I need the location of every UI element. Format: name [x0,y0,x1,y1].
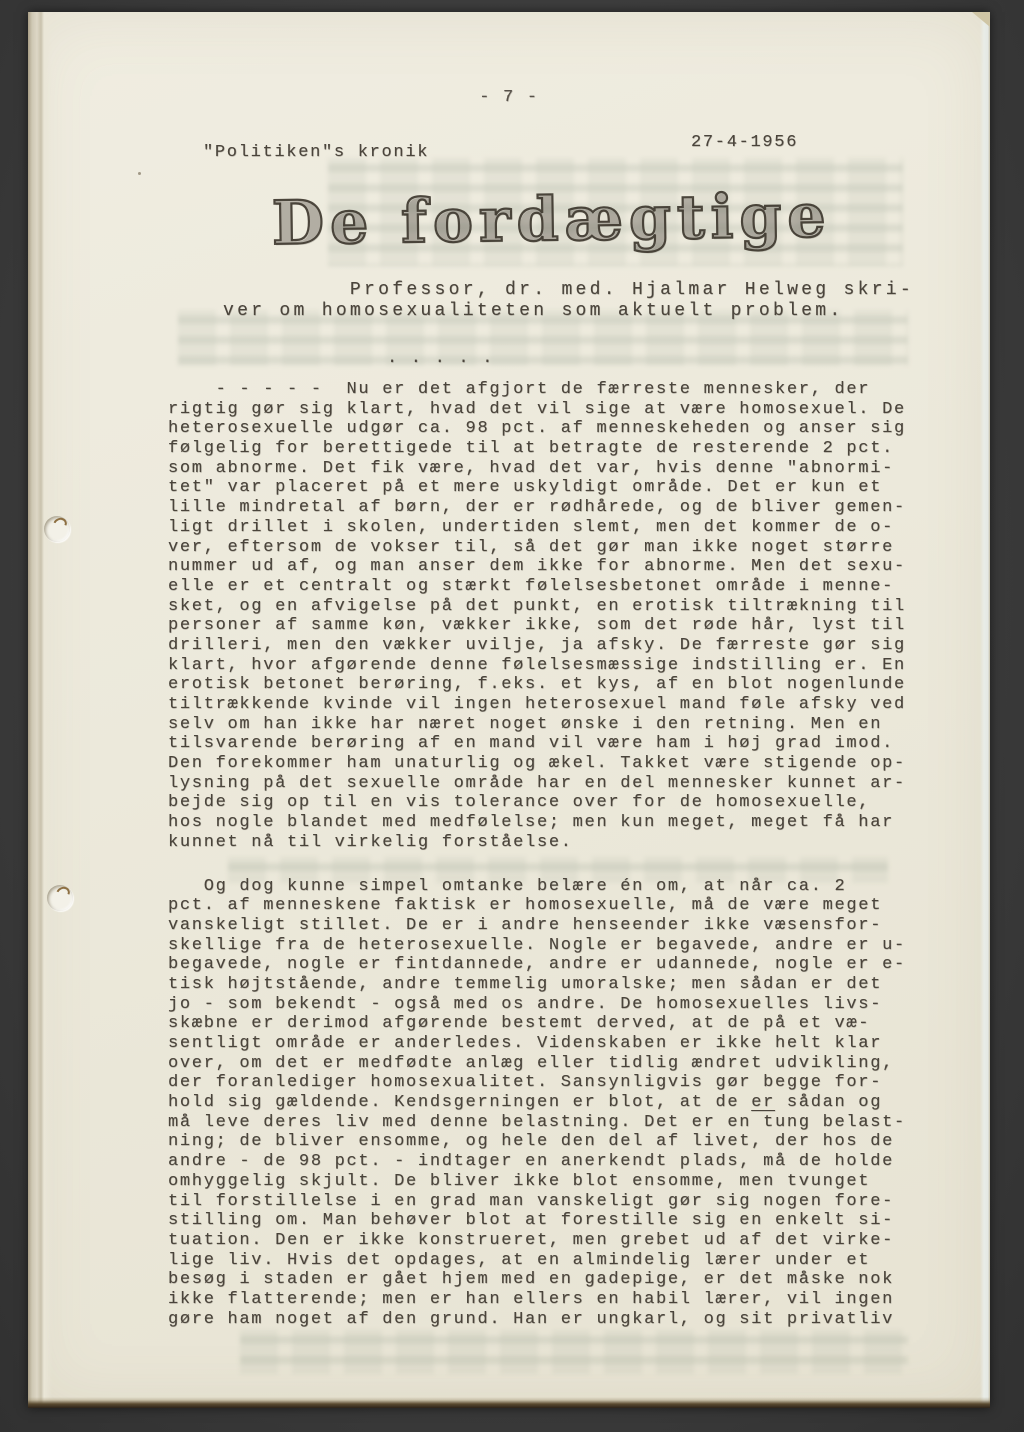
text-line: følgelig for berettigede til at betragte… [168,439,948,459]
text-line: Og dog kunne simpel omtanke belære én om… [168,877,948,897]
text-line: gøre ham noget af den grund. Han er ungk… [168,1310,948,1330]
article-title: De fordægtige [272,186,832,254]
page-stack-left-edge [28,12,52,1408]
underline-post-text: sådan og [775,1093,882,1112]
text-line: bejde sig op til en vis tolerance over f… [168,793,948,813]
page-bottom-edge [28,1397,990,1408]
text-line: der foranlediger homosexualitet. Sansynl… [168,1073,948,1093]
date-stamp: 27-4-1956 [691,133,798,152]
text-line: besøg i staden er gået hjem med en gadep… [168,1270,948,1290]
paper-speck [138,172,141,175]
text-line: omhyggelig skjult. De bliver ikke blot e… [168,1172,948,1192]
text-line: rigtig gør sig klart, hvad det vil sige … [168,400,948,420]
underline-pre-text: hold sig gældende. Kendsgerningen er blo… [168,1093,751,1112]
text-line: heterosexuelle udgør ca. 98 pct. af menn… [168,419,948,439]
text-line: personer af samme køn, vækker ikke, som … [168,616,948,636]
text-line: til forstillelse i en grad man vanskelig… [168,1192,948,1212]
document-page: - 7 - "Politiken"s kronik 27-4-1956 De f… [28,12,990,1408]
text-line: tet" var placeret på et mere uskyldigt o… [168,478,948,498]
text-line: må leve deres liv med denne belastning. … [168,1113,948,1133]
text-line: Den forekommer ham unaturlig og ækel. Ta… [168,754,948,774]
punch-hole-top [44,516,70,542]
separator-dots: . . . . . [387,349,494,368]
paragraph-1: - - - - - Nu er det afgjort de færreste … [168,380,948,853]
text-line: tuation. Den er ikke konstrueret, men gr… [168,1231,948,1251]
text-line: ning; de bliver ensomme, og hele den del… [168,1132,948,1152]
byline: Professor, dr. med. Hjalmar Helweg skri-… [223,280,914,322]
bleed-through-text [240,1330,908,1374]
punch-hole-bottom [47,885,73,911]
text-line: ikke flatterende; men er han ellers en h… [168,1290,948,1310]
text-line: andre - de 98 pct. - indtager en anerken… [168,1152,948,1172]
text-line: sket, og en afvigelse på det punkt, en e… [168,597,948,617]
text-line: som abnorme. Det fik være, hvad det var,… [168,459,948,479]
paragraph-2: Og dog kunne simpel omtanke belære én om… [168,877,948,1330]
text-line: selv om han ikke har næret noget ønske i… [168,715,948,735]
text-line: pct. af menneskene faktisk er homosexuel… [168,896,948,916]
text-line: klart, hvor afgørende denne følelsesmæss… [168,656,948,676]
text-line: begavede, nogle er fintdannede, andre er… [168,955,948,975]
page-number: - 7 - [28,88,990,107]
text-line: over, om det er medfødte anlæg eller tid… [168,1054,948,1074]
text-line: lige liv. Hvis det opdages, at en almind… [168,1251,948,1271]
page-right-edge [980,12,990,1408]
text-line: lille mindretal af børn, der er rødhåred… [168,498,948,518]
text-line: tiltrækkende kvinde vil ingen heterosexu… [168,695,948,715]
text-line: skellige fra de heterosexuelle. Nogle er… [168,936,948,956]
text-line: - - - - - Nu er det afgjort de færreste … [168,380,948,400]
text-line: skæbne er derimod afgørende bestemt derv… [168,1014,948,1034]
text-line: jo - som bekendt - også med os andre. De… [168,995,948,1015]
article-body: - - - - - Nu er det afgjort de færreste … [168,380,948,1329]
scan-background: - 7 - "Politiken"s kronik 27-4-1956 De f… [0,0,1024,1432]
underlined-word: er [751,1093,775,1112]
text-line: kunnet nå til virkelig forståelse. [168,833,948,853]
text-line: nummer ud af, og man anser dem ikke for … [168,557,948,577]
text-line: sentligt område er anderledes. Videnskab… [168,1034,948,1054]
text-line: erotisk betonet berøring, f.eks. et kys,… [168,675,948,695]
byline-line: Professor, dr. med. Hjalmar Helweg skri- [223,280,914,301]
text-line: hos nogle blandet med medfølelse; men ku… [168,813,948,833]
byline-line: ver om homosexualiteten som aktuelt prob… [223,301,914,322]
text-line: elle er et centralt og stærkt følelsesbe… [168,577,948,597]
text-line: lysning på det sexuelle område har en de… [168,774,948,794]
publication-header: "Politiken"s kronik [203,143,429,162]
text-line: ligt drillet i skolen, undertiden slemt,… [168,518,948,538]
text-line: stilling om. Man behøver blot at foresti… [168,1211,948,1231]
text-line: vanskeligt stillet. De er i andre hensee… [168,916,948,936]
text-line: drilleri, men den vækker uvilje, ja afsk… [168,636,948,656]
text-line: ver, eftersom de vokser til, så det gør … [168,538,948,558]
line-group: Og dog kunne simpel omtanke belære én om… [168,877,948,1094]
text-line: tisk højtstående, andre temmelig umorals… [168,975,948,995]
text-line: tilsvarende berøring af en mand vil være… [168,734,948,754]
line-group: må leve deres liv med denne belastning. … [168,1113,948,1330]
text-line-with-underline: hold sig gældende. Kendsgerningen er blo… [168,1093,948,1113]
